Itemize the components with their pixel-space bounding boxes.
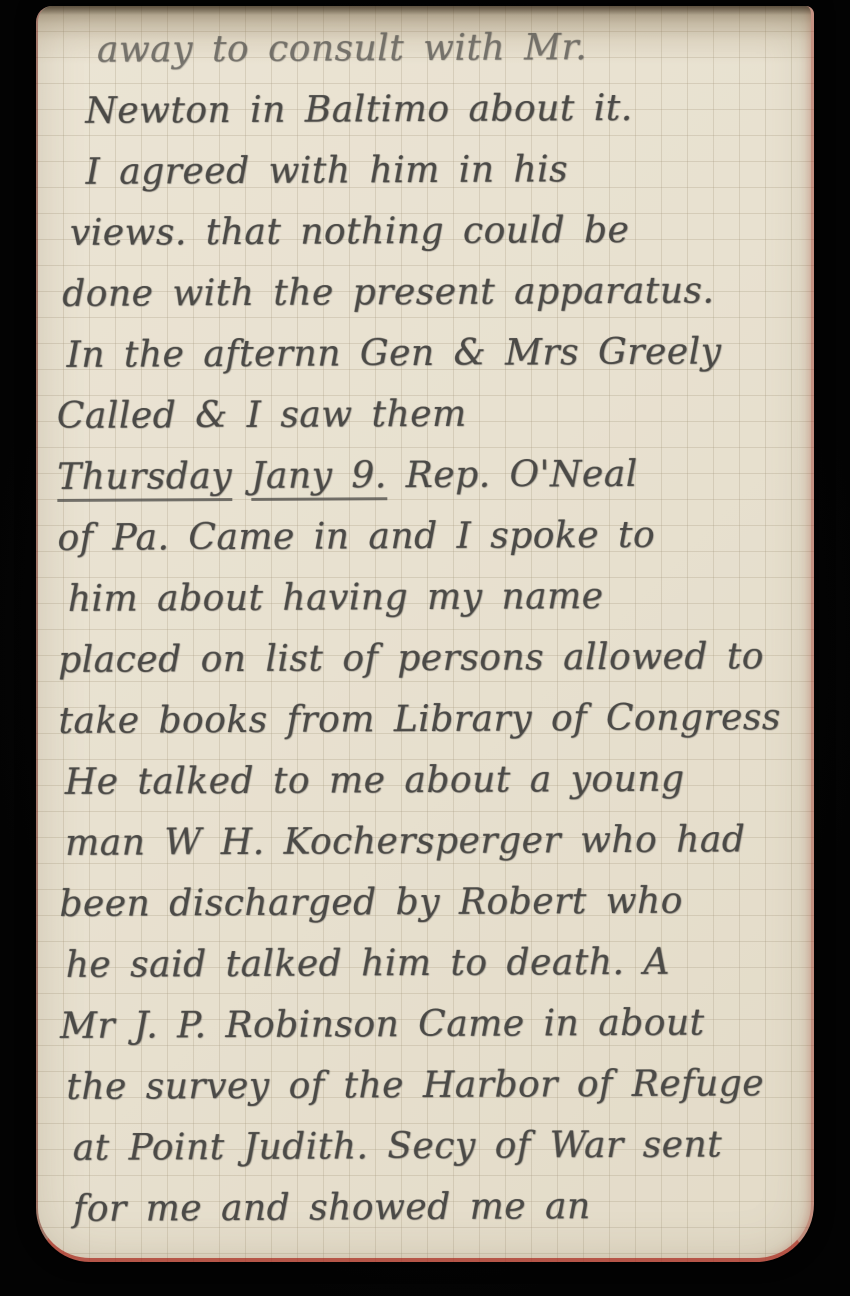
handwritten-line: man W H. Kochersperger who had <box>59 809 804 874</box>
page-top-edge <box>38 6 811 15</box>
manuscript-text: away to consult with Mr.Newton in Baltim… <box>55 16 806 1240</box>
handwriting-text: take books from Library of Congress <box>58 697 781 742</box>
handwritten-line: He talked to me about a young <box>59 748 804 813</box>
handwritten-line: Called & I saw them <box>57 382 802 447</box>
handwriting-text: he said talked him to death. A <box>66 942 670 986</box>
handwriting-text: placed on list of persons allowed to <box>58 636 764 681</box>
handwriting-text: for me and showed me an <box>73 1186 591 1230</box>
handwriting-text: of Pa. Came in and I spoke to <box>57 515 655 559</box>
handwritten-line: Mr J. P. Robinson Came in about <box>60 992 805 1057</box>
handwritten-line: I agreed with him in his <box>55 138 800 203</box>
scan-background: away to consult with Mr.Newton in Baltim… <box>0 0 850 1296</box>
handwriting-text: He talked to me about a young <box>65 759 685 803</box>
handwritten-line: Newton in Baltimo about it. <box>55 77 800 142</box>
handwriting-text: I agreed with him in his <box>86 149 569 193</box>
handwritten-line: take books from Library of Congress <box>58 687 803 752</box>
handwriting-text: at Point Judith. Secy of War sent <box>73 1124 723 1168</box>
underlined-date-text: Thursday <box>57 456 232 502</box>
notebook-page: away to consult with Mr.Newton in Baltim… <box>36 6 814 1262</box>
handwriting-text: Rep. O'Neal <box>387 454 638 496</box>
handwritten-line: In the afternn Gen & Mrs Greely <box>56 321 801 386</box>
handwriting-text <box>232 456 251 497</box>
handwritten-line: views. that nothing could be <box>56 199 801 264</box>
handwriting-text: views. that nothing could be <box>70 210 630 254</box>
underlined-date-text: Jany 9. <box>251 455 387 501</box>
handwritten-line: him about having my name <box>58 565 803 630</box>
handwriting-text: the survey of the Harbor of Refuge <box>66 1063 764 1108</box>
handwritten-line: he said talked him to death. A <box>60 931 805 996</box>
handwriting-text: Called & I saw them <box>57 394 467 437</box>
handwritten-line: been discharged by Robert who <box>59 870 804 935</box>
handwriting-text: Newton in Baltimo about it. <box>85 88 633 132</box>
handwritten-line: of Pa. Came in and I spoke to <box>57 504 802 569</box>
handwritten-line: the survey of the Harbor of Refuge <box>60 1053 805 1118</box>
handwriting-text: been discharged by Robert who <box>59 881 683 925</box>
handwriting-text: him about having my name <box>68 576 604 620</box>
handwritten-line: away to consult with Mr. <box>55 16 800 81</box>
handwriting-text: In the afternn Gen & Mrs Greely <box>66 331 721 375</box>
handwritten-line: at Point Judith. Secy of War sent <box>61 1114 806 1179</box>
handwritten-line: Thursday Jany 9. Rep. O'Neal <box>57 443 802 508</box>
handwriting-text: away to consult with Mr. <box>97 27 587 71</box>
handwritten-line: done with the present apparatus. <box>56 260 801 325</box>
handwriting-text: man W H. Kochersperger who had <box>65 819 745 864</box>
handwritten-line: placed on list of persons allowed to <box>58 626 803 691</box>
handwriting-text: Mr J. P. Robinson Came in about <box>60 1003 705 1047</box>
handwritten-line: for me and showed me an <box>61 1175 806 1240</box>
handwriting-text: done with the present apparatus. <box>62 271 714 315</box>
